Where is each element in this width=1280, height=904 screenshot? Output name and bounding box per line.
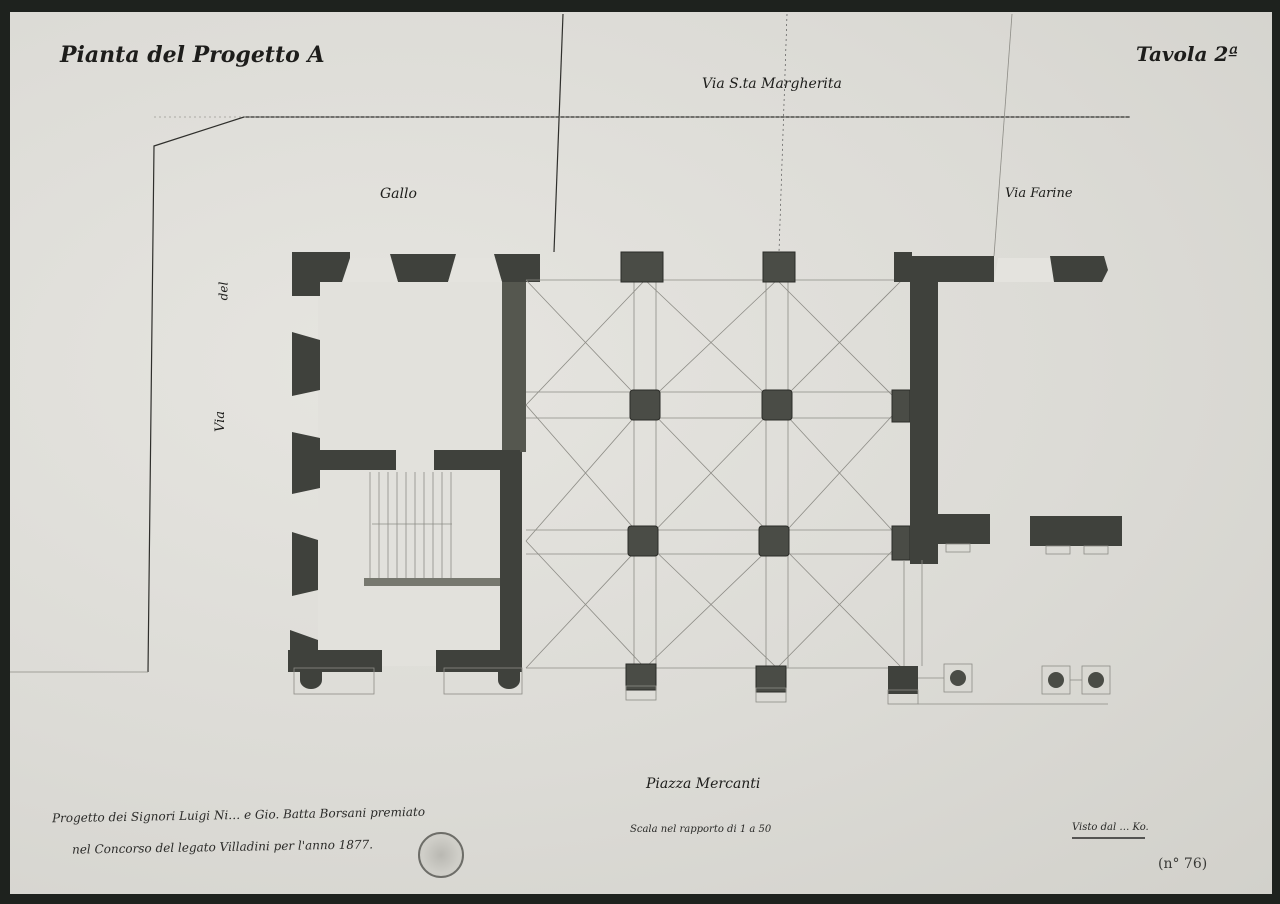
archive-number: (n° 76): [1158, 856, 1207, 872]
street-label-gallo: Gallo: [380, 186, 417, 202]
signature: Visto dal … Ko.: [1072, 822, 1149, 833]
central-loggia: [526, 252, 910, 702]
plate-number: Tavola 2ª: [1136, 42, 1238, 66]
street-label-west-upper: del: [216, 282, 230, 301]
street-label-south: Piazza Mercanti: [646, 776, 760, 792]
column-bases: [918, 664, 1110, 694]
west-building: [288, 252, 540, 694]
east-building: [888, 252, 1122, 704]
floor-plan: [0, 0, 1280, 904]
scale-note: Scala nel rapporto di 1 a 50: [630, 824, 771, 835]
sheet-title: Pianta del Progetto A: [60, 42, 325, 68]
site-lines: [10, 14, 1130, 672]
archive-seal-icon: [418, 832, 464, 878]
street-label-west-lower: Via: [213, 411, 228, 432]
street-label-north: Via S.ta Margherita: [702, 76, 842, 92]
street-label-farine: Via Farine: [1005, 186, 1073, 201]
